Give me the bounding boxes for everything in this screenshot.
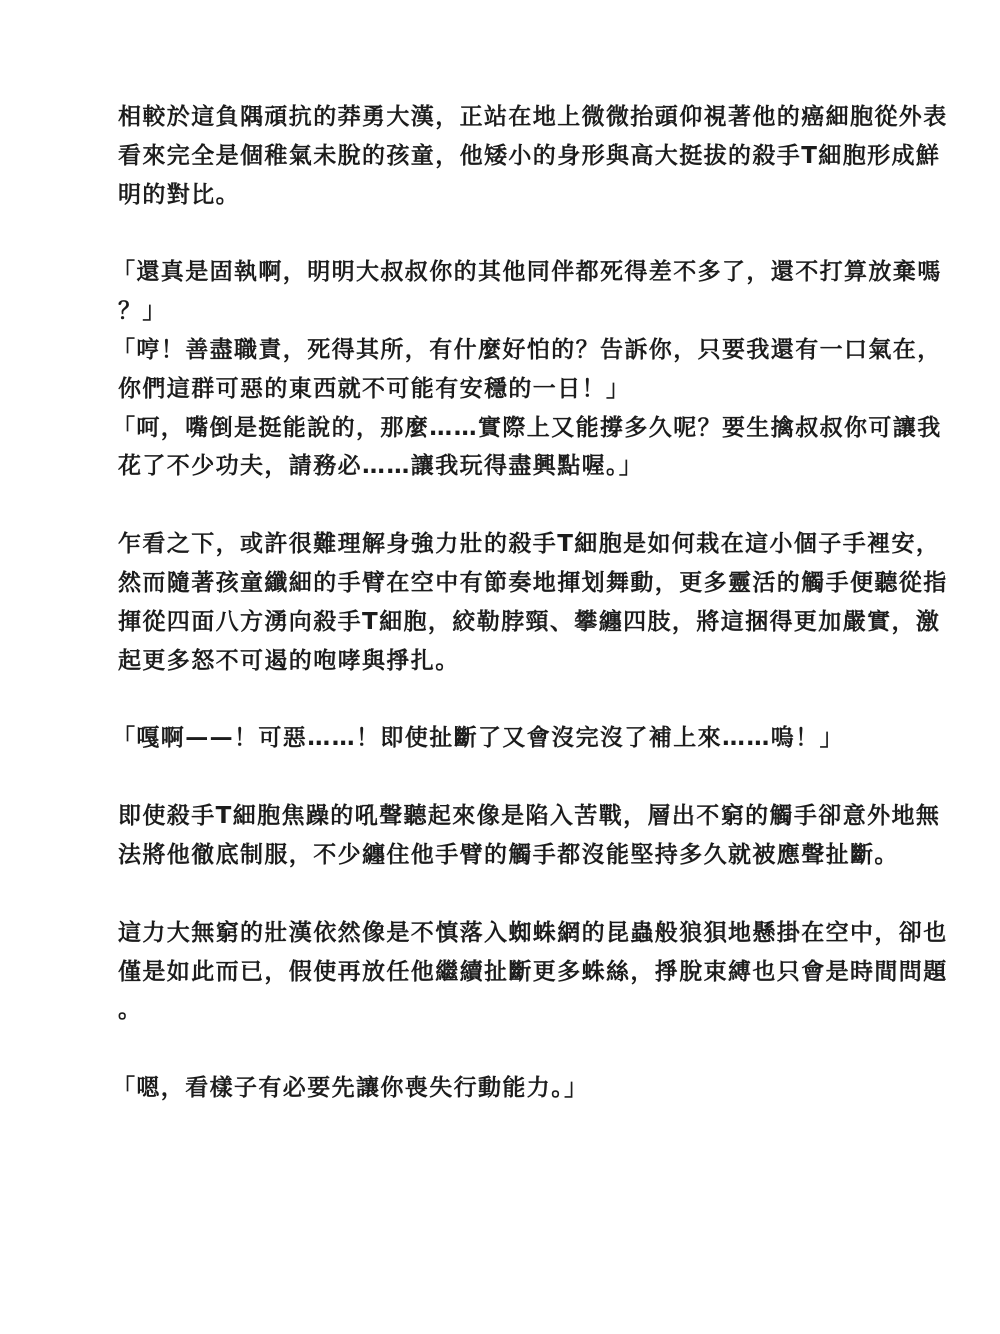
text-line: 「還真是固執啊，明明大叔叔你的其他同伴都死得差不多了，還不打算放棄嗎	[112, 253, 898, 292]
text-line: 法將他徹底制服，不少纏住他手臂的觸手都沒能堅持多久就被應聲扯斷。	[118, 836, 898, 875]
text-line: 起更多怒不可遏的咆哮與掙扎。	[118, 642, 898, 681]
text-line: 看來完全是個稚氣未脫的孩童，他矮小的身形與高大挺拔的殺手T細胞形成鮮	[118, 137, 898, 176]
text-line: 揮從四面八方湧向殺手T細胞，絞勒脖頸、攀纏四肢，將這捆得更加嚴實，激	[118, 603, 898, 642]
paragraph-3: 乍看之下，或許很難理解身強力壯的殺手T細胞是如何栽在這小個子手裡安， 然而隨著孩…	[118, 525, 898, 680]
text-line: 然而隨著孩童纖細的手臂在空中有節奏地揮划舞動，更多靈活的觸手便聽從指	[118, 564, 898, 603]
text-line: 乍看之下，或許很難理解身強力壯的殺手T細胞是如何栽在這小個子手裡安，	[118, 525, 898, 564]
text-line: 「呵，嘴倒是挺能說的，那麼……實際上又能撐多久呢？要生擒叔叔你可讓我	[112, 409, 898, 448]
paragraph-5: 即使殺手T細胞焦躁的吼聲聽起來像是陷入苦戰，層出不窮的觸手卻意外地無 法將他徹底…	[118, 797, 898, 875]
text-line: 。	[118, 991, 898, 1030]
text-line: ？」	[118, 292, 898, 331]
text-line: 「哼！善盡職責，死得其所，有什麼好怕的？告訴你，只要我還有一口氣在，	[112, 331, 898, 370]
text-line: 「嗯，看樣子有必要先讓你喪失行動能力。」	[112, 1069, 898, 1108]
document-page: 相較於這負隅頑抗的莽勇大漢，正站在地上微微抬頭仰視著他的癌細胞從外表 看來完全是…	[118, 98, 898, 1147]
paragraph-6: 這力大無窮的壯漢依然像是不慎落入蜘蛛網的昆蟲般狼狽地懸掛在空中，卻也 僅是如此而…	[118, 914, 898, 1030]
paragraph-1: 相較於這負隅頑抗的莽勇大漢，正站在地上微微抬頭仰視著他的癌細胞從外表 看來完全是…	[118, 98, 898, 214]
text-line: 花了不少功夫，請務必……讓我玩得盡興點喔。」	[118, 447, 898, 486]
text-line: 僅是如此而已，假使再放任他繼續扯斷更多蛛絲，掙脫束縛也只會是時間問題	[118, 953, 898, 992]
text-line: 即使殺手T細胞焦躁的吼聲聽起來像是陷入苦戰，層出不窮的觸手卻意外地無	[118, 797, 898, 836]
text-line: 你們這群可惡的東西就不可能有安穩的一日！」	[118, 370, 898, 409]
paragraph-7-dialogue: 「嗯，看樣子有必要先讓你喪失行動能力。」	[118, 1069, 898, 1108]
text-line: 相較於這負隅頑抗的莽勇大漢，正站在地上微微抬頭仰視著他的癌細胞從外表	[118, 98, 898, 137]
paragraph-4-dialogue: 「嘎啊——！可惡……！即使扯斷了又會沒完沒了補上來……嗚！」	[118, 719, 898, 758]
paragraph-2-dialogue: 「還真是固執啊，明明大叔叔你的其他同伴都死得差不多了，還不打算放棄嗎 ？」 「哼…	[118, 253, 898, 486]
text-line: 這力大無窮的壯漢依然像是不慎落入蜘蛛網的昆蟲般狼狽地懸掛在空中，卻也	[118, 914, 898, 953]
text-line: 明的對比。	[118, 176, 898, 215]
text-line: 「嘎啊——！可惡……！即使扯斷了又會沒完沒了補上來……嗚！」	[112, 719, 898, 758]
